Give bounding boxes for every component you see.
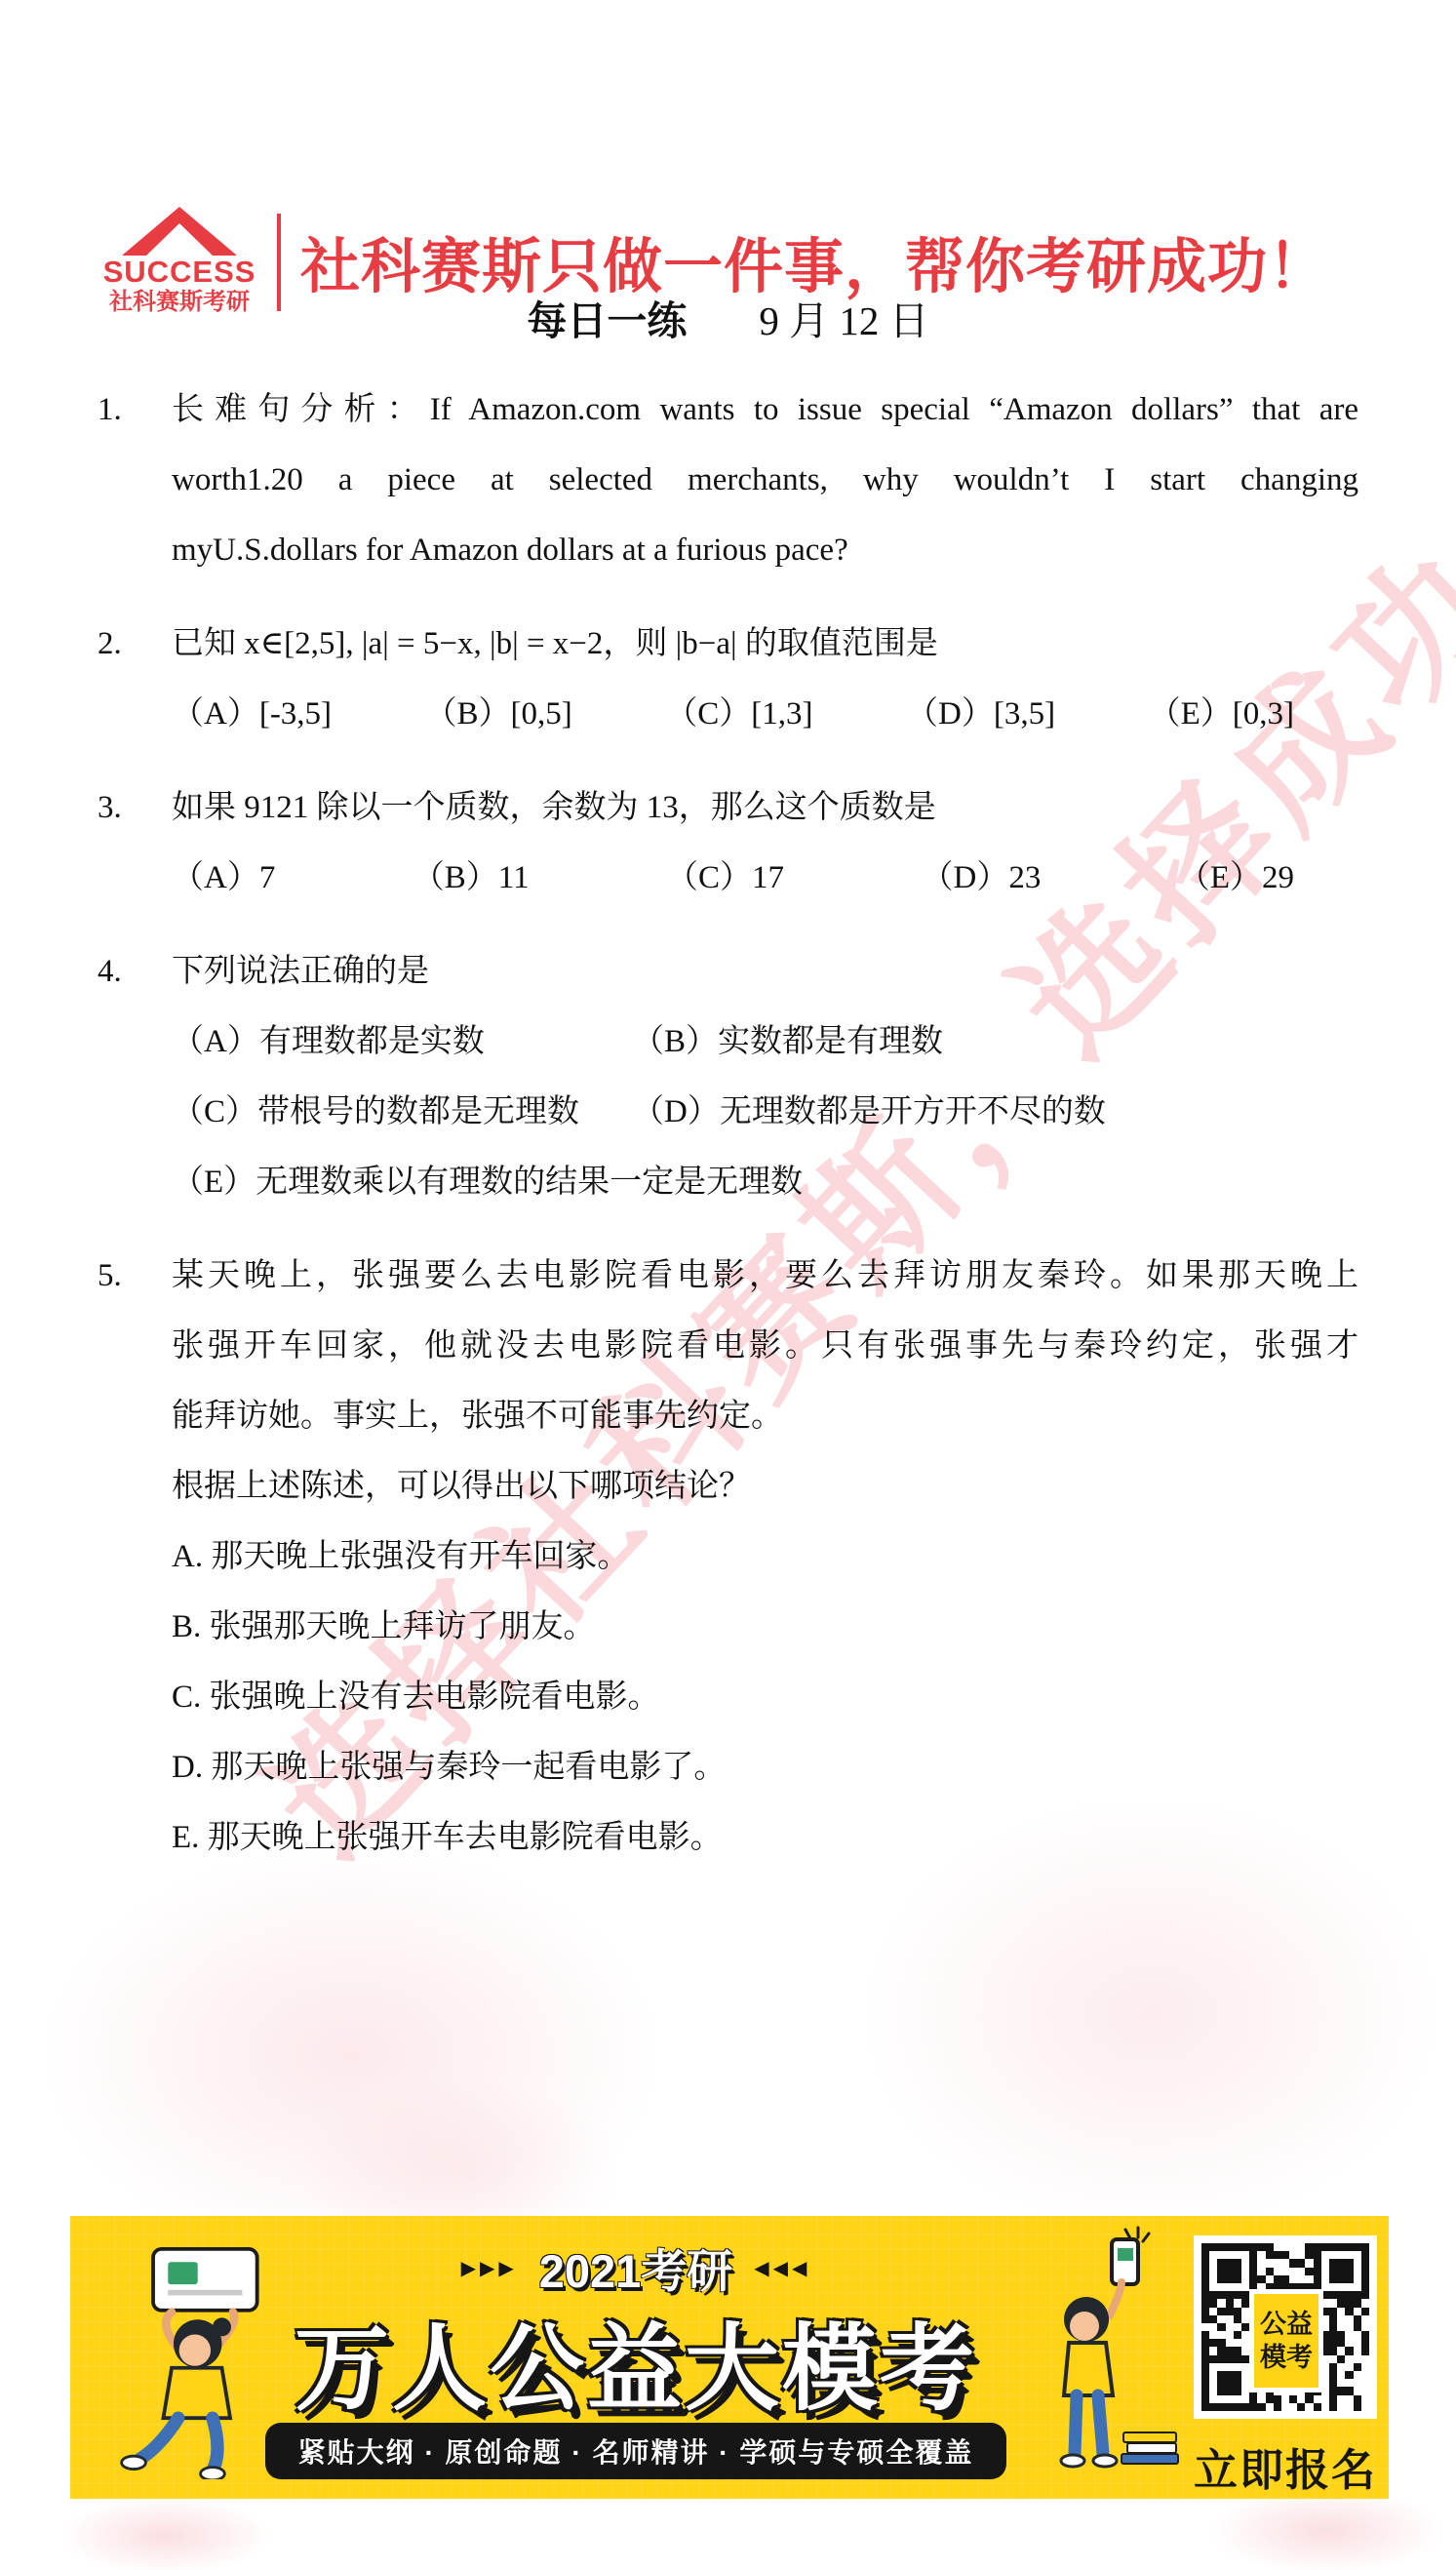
qr-module	[1329, 2387, 1337, 2394]
questions: 1.长难句分析：If Amazon.com wants to issue spe…	[98, 375, 1358, 1896]
qr-module	[1337, 2395, 1345, 2403]
qr-module	[1329, 2355, 1337, 2363]
qr-module	[1337, 2379, 1345, 2387]
qr-module	[1329, 2339, 1337, 2347]
title-date: 9 月 12 日	[759, 298, 928, 343]
qr-module	[1345, 2395, 1353, 2403]
qr-module	[1354, 2387, 1361, 2394]
qr-module	[1249, 2387, 1257, 2394]
books-icon	[1116, 2429, 1184, 2468]
qr-module	[1217, 2387, 1225, 2394]
qr-module	[1226, 2379, 1234, 2387]
qr-module	[1314, 2251, 1321, 2259]
qr-module	[1297, 2251, 1305, 2259]
qr-module	[1329, 2299, 1337, 2307]
qr-module	[1241, 2283, 1249, 2291]
qr-module	[1289, 2268, 1297, 2275]
qr-module	[1305, 2395, 1313, 2403]
qr-module	[1361, 2243, 1369, 2251]
qr-module	[1297, 2275, 1305, 2283]
qr-module	[1249, 2275, 1257, 2283]
qr-module	[1217, 2259, 1225, 2267]
qr-module	[1321, 2283, 1329, 2291]
qr-module	[1266, 2243, 1274, 2251]
qr-module	[1241, 2403, 1249, 2411]
qr-module	[1329, 2251, 1337, 2259]
qr-module	[1217, 2395, 1225, 2403]
qr-module	[1217, 2363, 1225, 2371]
qr-module	[1257, 2275, 1265, 2283]
qr-module	[1234, 2259, 1241, 2267]
qr-module	[1201, 2291, 1209, 2299]
qr-module	[1226, 2251, 1234, 2259]
qr-module	[1226, 2371, 1234, 2379]
qr-module	[1226, 2339, 1234, 2347]
option-cell: （B）实数都是有理数	[632, 1007, 943, 1077]
qr-module	[1249, 2403, 1257, 2411]
qr-module	[1289, 2387, 1297, 2394]
question-number: 4.	[98, 936, 172, 1217]
qr-module	[1321, 2268, 1329, 2275]
qr-module	[1274, 2395, 1281, 2403]
qr-module	[1274, 2259, 1281, 2267]
roof-icon	[122, 207, 237, 256]
qr-module	[1234, 2251, 1241, 2259]
qr-module	[1217, 2243, 1225, 2251]
qr-module	[1297, 2259, 1305, 2267]
qr-module	[1345, 2363, 1353, 2371]
qr-module	[1329, 2308, 1337, 2315]
qr-module	[1289, 2275, 1297, 2283]
qr-label-line1: 公益	[1260, 2308, 1313, 2341]
qr-module	[1241, 2259, 1249, 2267]
qr-module	[1321, 2259, 1329, 2267]
qr-module	[1354, 2379, 1361, 2387]
qr-module	[1337, 2291, 1345, 2299]
question-line: 某天晚上，张强要么去电影院看电影，要么去拜访朋友秦玲。如果那天晚上	[172, 1241, 1358, 1311]
qr-module	[1321, 2291, 1329, 2299]
option-row: （C）带根号的数都是无理数（D）无理数都是开方开不尽的数	[172, 1077, 1358, 1147]
qr-module	[1266, 2283, 1274, 2291]
promo-banner: ▶▶▶ 2021考研 ◀◀◀ 万人公益大模考 紧贴大纲 · 原创命题 · 名师精…	[70, 2216, 1389, 2499]
option-cell: （D）[3,5]	[906, 679, 1055, 749]
option-cell: （A）7	[172, 843, 275, 913]
qr-module	[1226, 2268, 1234, 2275]
qr-module	[1337, 2371, 1345, 2379]
arrows-left-icon: ◀◀◀	[754, 2256, 810, 2280]
qr-module	[1321, 2275, 1329, 2283]
qr-module	[1314, 2275, 1321, 2283]
qr-module	[1209, 2387, 1217, 2394]
qr-module	[1321, 2395, 1329, 2403]
banner-features: 紧贴大纲 · 原创命题 · 名师精讲 · 学硕与专硕全覆盖	[265, 2423, 1006, 2479]
qr-module	[1361, 2315, 1369, 2323]
qr-module	[1297, 2395, 1305, 2403]
qr-module	[1209, 2268, 1217, 2275]
qr-module	[1257, 2403, 1265, 2411]
qr-module	[1201, 2259, 1209, 2267]
qr-module	[1345, 2315, 1353, 2323]
qr-module	[1201, 2363, 1209, 2371]
question-item: 5.某天晚上，张强要么去电影院看电影，要么去拜访朋友秦玲。如果那天晚上张强开车回…	[98, 1241, 1358, 1873]
qr-module	[1226, 2363, 1234, 2371]
qr-module	[1249, 2283, 1257, 2291]
qr-module	[1354, 2363, 1361, 2371]
qr-module	[1289, 2243, 1297, 2251]
qr-module	[1345, 2323, 1353, 2331]
qr-module	[1361, 2251, 1369, 2259]
option-cell: （A）有理数都是实数	[172, 1007, 632, 1077]
option-row: （E）无理数乘以有理数的结果一定是无理数	[172, 1147, 1358, 1217]
qr-module	[1361, 2355, 1369, 2363]
qr-module	[1329, 2371, 1337, 2379]
qr-module	[1209, 2347, 1217, 2354]
qr-module	[1321, 2403, 1329, 2411]
qr-module	[1345, 2275, 1353, 2283]
option-cell: （E）29	[1178, 843, 1294, 913]
qr-module	[1345, 2403, 1353, 2411]
qr-module	[1241, 2347, 1249, 2354]
question-body: 已知 x∈[2,5], |a| = 5−x, |b| = x−2，则 |b−a|…	[172, 609, 1358, 749]
qr-module	[1241, 2243, 1249, 2251]
qr-module	[1274, 2243, 1281, 2251]
qr-module	[1249, 2243, 1257, 2251]
option-cell: （D）无理数都是开方开不尽的数	[632, 1077, 1106, 1147]
qr-module	[1314, 2403, 1321, 2411]
qr-module	[1345, 2259, 1353, 2267]
qr-module	[1217, 2251, 1225, 2259]
question-item: 4.下列说法正确的是（A）有理数都是实数（B）实数都是有理数（C）带根号的数都是…	[98, 936, 1358, 1217]
qr-module	[1337, 2299, 1345, 2307]
question-body: 下列说法正确的是（A）有理数都是实数（B）实数都是有理数（C）带根号的数都是无理…	[172, 936, 1358, 1217]
qr-module	[1226, 2403, 1234, 2411]
option-cell: （C）带根号的数都是无理数	[172, 1077, 632, 1147]
signup-cta[interactable]: 立即报名	[1182, 2434, 1389, 2498]
qr-module	[1345, 2283, 1353, 2291]
qr-module	[1289, 2403, 1297, 2411]
qr-module	[1361, 2331, 1369, 2339]
qr-module	[1217, 2308, 1225, 2315]
qr-module	[1329, 2379, 1337, 2387]
qr-module	[1234, 2299, 1241, 2307]
qr-module	[1329, 2259, 1337, 2267]
qr-module	[1289, 2251, 1297, 2259]
qr-module	[1234, 2395, 1241, 2403]
qr-module	[1234, 2275, 1241, 2283]
qr-module	[1345, 2331, 1353, 2339]
qr-module	[1226, 2243, 1234, 2251]
qr-module	[1329, 2275, 1337, 2283]
question-line: worth1.20 a piece at selected merchants,…	[172, 445, 1358, 515]
qr-module	[1266, 2259, 1274, 2267]
question-number: 3.	[98, 772, 172, 913]
qr-module	[1234, 2339, 1241, 2347]
qr-module	[1241, 2379, 1249, 2387]
question-item: 3.如果 9121 除以一个质数，余数为 13，那么这个质数是（A）7（B）11…	[98, 772, 1358, 913]
qr-module	[1217, 2339, 1225, 2347]
qr-module	[1209, 2363, 1217, 2371]
qr-module	[1321, 2331, 1329, 2339]
qr-module	[1321, 2371, 1329, 2379]
qr-module	[1329, 2395, 1337, 2403]
qr-module	[1321, 2347, 1329, 2354]
question-line: 如果 9121 除以一个质数，余数为 13，那么这个质数是	[172, 772, 1358, 843]
qr-module	[1361, 2283, 1369, 2291]
qr-module	[1274, 2283, 1281, 2291]
qr-module	[1234, 2355, 1241, 2363]
qr-module	[1201, 2268, 1209, 2275]
logo-brand: SUCCESS	[96, 256, 263, 288]
qr-module	[1329, 2323, 1337, 2331]
qr-module	[1201, 2403, 1209, 2411]
qr-module	[1329, 2283, 1337, 2291]
qr-module	[1321, 2363, 1329, 2371]
qr-module	[1345, 2268, 1353, 2275]
qr-module	[1217, 2268, 1225, 2275]
qr-module	[1329, 2268, 1337, 2275]
qr-module	[1354, 2371, 1361, 2379]
qr-module	[1249, 2251, 1257, 2259]
qr-module	[1226, 2283, 1234, 2291]
qr-module	[1337, 2323, 1345, 2331]
qr-module	[1201, 2243, 1209, 2251]
qr-module	[1209, 2355, 1217, 2363]
option-cell: （E）[0,3]	[1149, 679, 1294, 749]
qr-module	[1209, 2379, 1217, 2387]
qr-module	[1217, 2371, 1225, 2379]
qr-module	[1274, 2251, 1281, 2259]
watercolor-blob	[1209, 2487, 1443, 2570]
qr-module	[1321, 2355, 1329, 2363]
qr-module	[1257, 2251, 1265, 2259]
question-line: 根据上述陈述，可以得出以下哪项结论？	[172, 1451, 1358, 1522]
arrows-right-icon: ▶▶▶	[461, 2256, 518, 2280]
question-line: 张强开车回家，他就没去电影院看电影。只有张强事先与秦玲约定，张强才	[172, 1311, 1358, 1381]
page-title: 每日一练9 月 12 日	[0, 289, 1456, 346]
qr-module	[1305, 2251, 1313, 2259]
question-number: 5.	[98, 1241, 172, 1873]
qr-module	[1281, 2387, 1289, 2394]
qr-module	[1361, 2403, 1369, 2411]
qr-module	[1345, 2339, 1353, 2347]
qr-module	[1217, 2379, 1225, 2387]
qr-module	[1209, 2243, 1217, 2251]
qr-module	[1354, 2251, 1361, 2259]
qr-module	[1361, 2363, 1369, 2371]
qr-module	[1321, 2299, 1329, 2307]
question-body: 某天晚上，张强要么去电影院看电影，要么去拜访朋友秦玲。如果那天晚上张强开车回家，…	[172, 1241, 1358, 1873]
qr-module	[1209, 2403, 1217, 2411]
question-line: 长难句分析：If Amazon.com wants to issue speci…	[172, 375, 1358, 445]
qr-module	[1241, 2355, 1249, 2363]
option-row: （A）[-3,5]（B）[0,5]（C）[1,3]（D）[3,5]（E）[0,3…	[172, 679, 1358, 749]
qr-module	[1354, 2268, 1361, 2275]
girl-with-tablet-illustration	[95, 2247, 290, 2479]
qr-module	[1297, 2283, 1305, 2291]
qr-module	[1321, 2308, 1329, 2315]
question-line: D. 那天晚上张强与秦玲一起看电影了。	[172, 1732, 1358, 1802]
qr-module	[1217, 2331, 1225, 2339]
qr-module	[1249, 2268, 1257, 2275]
qr-module	[1321, 2323, 1329, 2331]
qr-module	[1361, 2291, 1369, 2299]
qr-module	[1345, 2355, 1353, 2363]
qr-module	[1266, 2268, 1274, 2275]
qr-module	[1329, 2291, 1337, 2299]
tablet-logo	[168, 2262, 197, 2284]
qr-module	[1226, 2387, 1234, 2394]
qr-module	[1209, 2371, 1217, 2379]
qr-module	[1241, 2331, 1249, 2339]
qr-module	[1274, 2268, 1281, 2275]
qr-module	[1234, 2347, 1241, 2354]
qr-module	[1241, 2268, 1249, 2275]
option-row: （A）有理数都是实数（B）实数都是有理数	[172, 1007, 1358, 1077]
qr-module	[1354, 2339, 1361, 2347]
question-line: 下列说法正确的是	[172, 936, 1358, 1007]
qr-module	[1354, 2275, 1361, 2283]
exam-sheet-page: 选择社科赛斯，选择成功 SUCCESS 社科赛斯考研 社科赛斯只做一件事，帮你考…	[0, 0, 1456, 2570]
qr-module	[1354, 2315, 1361, 2323]
qr-module	[1345, 2387, 1353, 2394]
qr-module	[1234, 2291, 1241, 2299]
qr-module	[1201, 2315, 1209, 2323]
qr-module	[1281, 2259, 1289, 2267]
qr-module	[1354, 2299, 1361, 2307]
banner-main-title: 万人公益大模考	[265, 2292, 1006, 2429]
option-row: （A）7（B）11（C）17（D）23（E）29	[172, 843, 1358, 913]
qr-module	[1354, 2355, 1361, 2363]
qr-module	[1281, 2251, 1289, 2259]
question-body: 如果 9121 除以一个质数，余数为 13，那么这个质数是（A）7（B）11（C…	[172, 772, 1358, 913]
qr-module	[1305, 2259, 1313, 2267]
qr-module	[1337, 2275, 1345, 2283]
qr-module	[1266, 2395, 1274, 2403]
qr-module	[1345, 2291, 1353, 2299]
qr-module	[1297, 2268, 1305, 2275]
qr-module	[1297, 2403, 1305, 2411]
question-line: myU.S.dollars for Amazon dollars at a fu…	[172, 515, 1358, 585]
qr-module	[1241, 2299, 1249, 2307]
qr-module	[1337, 2331, 1345, 2339]
qr-module	[1305, 2243, 1313, 2251]
qr-module	[1337, 2339, 1345, 2347]
qr-module	[1226, 2308, 1234, 2315]
qr-module	[1234, 2323, 1241, 2331]
qr-module	[1209, 2259, 1217, 2267]
qr-module	[1314, 2387, 1321, 2394]
question-line: 已知 x∈[2,5], |a| = 5−x, |b| = x−2，则 |b−a|…	[172, 609, 1358, 679]
question-item: 1.长难句分析：If Amazon.com wants to issue spe…	[98, 375, 1358, 585]
qr-module	[1354, 2259, 1361, 2267]
qr-module	[1305, 2268, 1313, 2275]
qr-module	[1226, 2315, 1234, 2323]
qr-module	[1305, 2387, 1313, 2394]
qr-module	[1217, 2275, 1225, 2283]
banner-year: 2021考研	[539, 2235, 733, 2301]
question-line: A. 那天晚上张强没有开车回家。	[172, 1522, 1358, 1592]
qr-module	[1274, 2387, 1281, 2394]
qr-module	[1345, 2347, 1353, 2354]
qr-module	[1257, 2243, 1265, 2251]
title-left: 每日一练	[527, 298, 687, 343]
qr-module	[1266, 2251, 1274, 2259]
qr-module	[1241, 2363, 1249, 2371]
qr-module	[1226, 2299, 1234, 2307]
qr-module	[1345, 2243, 1353, 2251]
qr-module	[1321, 2251, 1329, 2259]
qr-module	[1361, 2387, 1369, 2394]
qr-module	[1201, 2283, 1209, 2291]
qr-module	[1226, 2331, 1234, 2339]
qr-module	[1201, 2339, 1209, 2347]
qr-module	[1234, 2243, 1241, 2251]
qr-module	[1329, 2243, 1337, 2251]
question-item: 2.已知 x∈[2,5], |a| = 5−x, |b| = x−2，则 |b−…	[98, 609, 1358, 749]
qr-module	[1321, 2243, 1329, 2251]
qr-module	[1201, 2251, 1209, 2259]
qr-module	[1354, 2331, 1361, 2339]
qr-module	[1201, 2331, 1209, 2339]
qr-module	[1241, 2251, 1249, 2259]
qr-module	[1337, 2251, 1345, 2259]
qr-module	[1354, 2243, 1361, 2251]
qr-module	[1226, 2355, 1234, 2363]
qr-module	[1361, 2395, 1369, 2403]
qr-module	[1241, 2339, 1249, 2347]
qr-module	[1354, 2403, 1361, 2411]
qr-module	[1201, 2355, 1209, 2363]
qr-module	[1345, 2308, 1353, 2315]
qr-module	[1209, 2339, 1217, 2347]
qr-module	[1297, 2387, 1305, 2394]
qr-module	[1266, 2403, 1274, 2411]
qr-module	[1201, 2371, 1209, 2379]
qr-module	[1281, 2243, 1289, 2251]
qr-module	[1209, 2323, 1217, 2331]
qr-module	[1226, 2291, 1234, 2299]
qr-module	[1297, 2243, 1305, 2251]
qr-module	[1201, 2379, 1209, 2387]
qr-module	[1209, 2395, 1217, 2403]
qr-module	[1266, 2387, 1274, 2394]
banner-year-row: ▶▶▶ 2021考研 ◀◀◀	[265, 2235, 1006, 2301]
qr-module	[1354, 2347, 1361, 2354]
qr-module	[1337, 2355, 1345, 2363]
qr-module	[1234, 2331, 1241, 2339]
qr-module	[1209, 2283, 1217, 2291]
qr-module	[1354, 2308, 1361, 2315]
question-line: E. 那天晚上张强开车去电影院看电影。	[172, 1802, 1358, 1873]
qr-module	[1305, 2275, 1313, 2283]
qr-module	[1281, 2275, 1289, 2283]
qr-module	[1241, 2323, 1249, 2331]
qr-module	[1241, 2395, 1249, 2403]
qr-module	[1257, 2387, 1265, 2394]
qr-module	[1329, 2331, 1337, 2339]
qr-module	[1281, 2395, 1289, 2403]
qr-module	[1217, 2291, 1225, 2299]
qr-module	[1217, 2299, 1225, 2307]
qr-module	[1305, 2403, 1313, 2411]
qr-module	[1234, 2387, 1241, 2394]
qr-module	[1201, 2387, 1209, 2394]
qr-module	[1289, 2283, 1297, 2291]
qr-module	[1201, 2323, 1209, 2331]
qr-module	[1305, 2283, 1313, 2291]
qr-module	[1226, 2259, 1234, 2267]
qr-module	[1217, 2355, 1225, 2363]
